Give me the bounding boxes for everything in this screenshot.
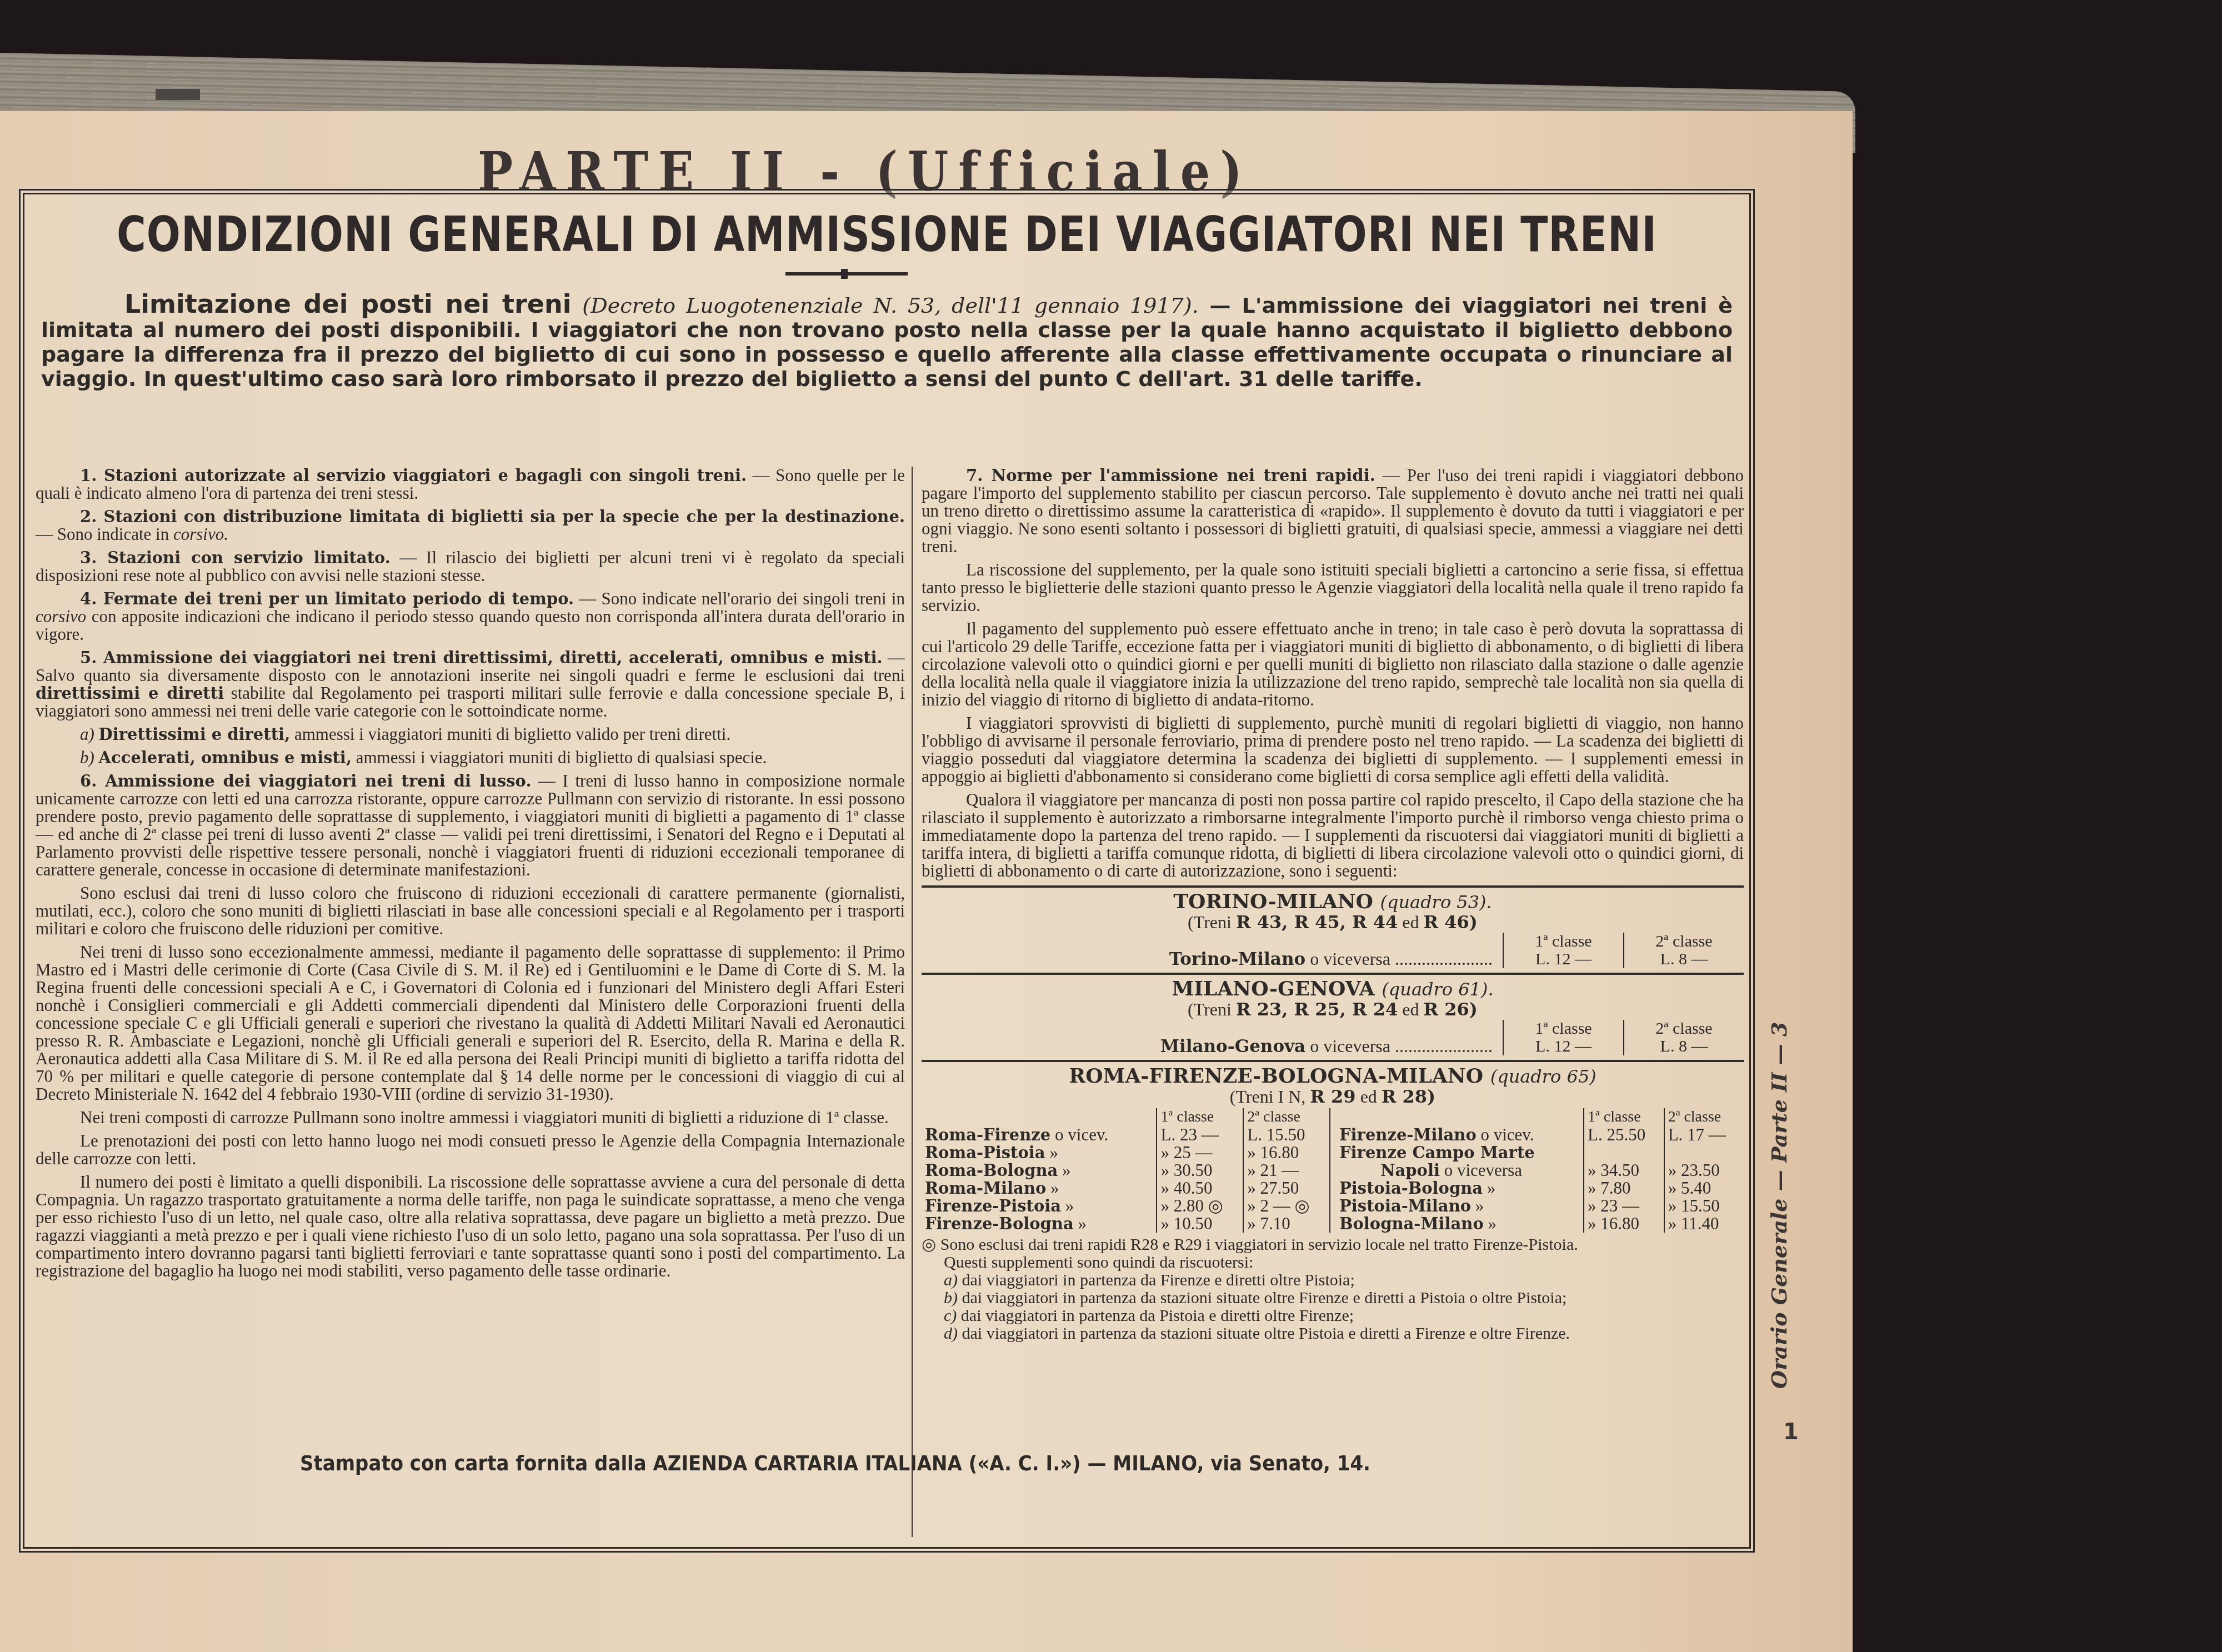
paragraph-esclusi: Sono esclusi dai treni di lusso coloro c… — [36, 884, 905, 938]
route-title: ROMA-FIRENZE-BOLOGNA-MILANO — [1069, 1064, 1483, 1088]
list-label: a) — [944, 1271, 958, 1289]
trains-last: R 28) — [1382, 1086, 1435, 1107]
section-5a: a) Direttissimi e diretti, ammessi i via… — [36, 725, 905, 743]
intro-lead: Limitazione dei posti nei treni — [124, 289, 571, 319]
price-class2: L. 8 — — [1624, 950, 1744, 968]
left-column: 1. Stazioni autorizzate al servizio viag… — [36, 467, 913, 1537]
section-2-text: — Sono indicate in — [36, 524, 169, 544]
price-class2: » 2 — ◎ — [1243, 1197, 1329, 1215]
price-class1: » 16.80 — [1584, 1215, 1664, 1233]
paragraph-riscossione: La riscossione del supplemento, per la q… — [922, 561, 1744, 614]
section-4-italic: corsivo — [36, 607, 86, 626]
fares-right-half: 1ª classe2ª classe Firenze-Milano o vice… — [1329, 1108, 1744, 1233]
fare-row: Torino-Milano o viceversa ..............… — [922, 933, 1744, 968]
list-text: dai viaggiatori in partenza da Pistoia e… — [961, 1306, 1354, 1325]
paragraph-qualora: Qualora il viaggiatore per mancanza di p… — [922, 791, 1744, 880]
section-4-text: — Sono indicate nell'orario dei singoli … — [579, 589, 905, 608]
fare-table-torino-milano: TORINO-MILANO (quadro 53). (Treni R 43, … — [922, 885, 1744, 968]
section-7-title: 7. Norme per l'ammissione nei treni rapi… — [966, 466, 1375, 485]
section-5a-label: a) — [80, 724, 94, 744]
table-row: Roma-Firenze o vicev.L. 23 —L. 15.50 — [922, 1126, 1329, 1144]
section-2-italic: corsivo. — [173, 524, 228, 544]
trains-list: R 43, R 45, R 44 — [1236, 912, 1398, 933]
trains-and: ed — [1360, 1087, 1377, 1107]
paragraph-sprovvisti: I viaggiatori sprovvisti di biglietti di… — [922, 714, 1744, 785]
fare-suffix: o vicev. — [1055, 1125, 1108, 1144]
trains-prefix: (Treni — [1230, 1087, 1274, 1107]
fare-suffix: » — [1050, 1178, 1059, 1198]
section-6-title: 6. Ammissione dei viaggiatori nei treni … — [80, 772, 532, 790]
table-row: Pistoia-Milano »» 23 —» 15.50 — [1336, 1197, 1744, 1215]
title-ornament — [785, 272, 908, 276]
paragraph-pullmann: Nei treni composti di carrozze Pullmann … — [36, 1109, 905, 1127]
price-class2: » 5.40 — [1664, 1179, 1744, 1197]
fare-route: Torino-Milano — [1169, 949, 1306, 969]
signature-number: 1 — [1783, 1419, 1799, 1445]
running-head: Orario Generale — Parte II — 3 — [1766, 1022, 1791, 1389]
section-5b-bold: Accelerati, omnibus e misti, — [99, 748, 352, 767]
table-row: Firenze Campo Marte — [1336, 1144, 1744, 1162]
price-class1: » 25 — — [1157, 1144, 1243, 1162]
trains-prefix: (Treni — [1188, 999, 1232, 1019]
price-class1: » 23 — — [1584, 1197, 1664, 1215]
class2-header: 2ª classe — [1664, 1108, 1744, 1126]
tab-marker — [156, 89, 200, 100]
class1-header: 1ª classe — [1157, 1108, 1243, 1126]
fare-route: Napoli — [1380, 1161, 1440, 1180]
section-4-title: 4. Fermate dei treni per un limitato per… — [80, 589, 574, 608]
fare-route: Milano-Genova — [1160, 1037, 1306, 1057]
fare-table-roma-milano: ROMA-FIRENZE-BOLOGNA-MILANO (quadro 65) … — [922, 1060, 1744, 1343]
section-6: 6. Ammissione dei viaggiatori nei treni … — [36, 772, 905, 879]
paragraph-pagamento: Il pagamento del supplemento può essere … — [922, 620, 1744, 709]
price-class1: » 10.50 — [1157, 1215, 1243, 1233]
fare-route: Pistoia-Bologna — [1339, 1179, 1483, 1198]
section-4-text-b: con apposite indicazioni che indicano il… — [36, 607, 905, 644]
price-class2: L. 15.50 — [1243, 1126, 1329, 1144]
route-quadro: (quadro 61). — [1382, 979, 1493, 1000]
table-row: Roma-Bologna »» 30.50» 21 — — [922, 1162, 1329, 1179]
section-2: 2. Stazioni con distribuzione limitata d… — [36, 508, 905, 543]
paragraph-eccezionalmente: Nei treni di lusso sono eccezionalmente … — [36, 943, 905, 1103]
trains-list: R 23, R 25, R 24 — [1236, 999, 1398, 1020]
fare-route: Firenze-Pistoia — [925, 1197, 1061, 1215]
table-row: Pistoia-Bologna »» 7.80» 5.40 — [1336, 1179, 1744, 1197]
class1-header: 1ª classe — [1584, 1108, 1664, 1126]
price-class1: L. 23 — — [1157, 1126, 1243, 1144]
price-class1: L. 25.50 — [1584, 1126, 1664, 1144]
paragraph-prenotazioni: Le prenotazioni dei posti con letto hann… — [36, 1132, 905, 1168]
table-row: Firenze-Pistoia »» 2.80 ◎» 2 — ◎ — [922, 1197, 1329, 1215]
list-text: dai viaggiatori in partenza da stazioni … — [962, 1324, 1570, 1343]
trains-mid: I N, — [1278, 1087, 1306, 1107]
footnote-symbol-icon: ◎ — [922, 1235, 936, 1254]
fare-route: Firenze-Bologna — [925, 1214, 1074, 1233]
content-frame: CONDIZIONI GENERALI DI AMMISSIONE DEI VI… — [19, 189, 1755, 1553]
list-label: d) — [944, 1324, 958, 1343]
section-5: 5. Ammissione dei viaggiatori nei treni … — [36, 649, 905, 720]
trains-last: R 26) — [1423, 999, 1477, 1020]
route-title: MILANO-GENOVA — [1172, 977, 1374, 1000]
footnote: ◎ Sono esclusi dai treni rapidi R28 e R2… — [922, 1236, 1744, 1343]
section-5-title: 5. Ammissione dei viaggiatori nei treni … — [80, 648, 883, 667]
class2-header: 2ª classe — [1243, 1108, 1329, 1126]
fare-suffix: o vicev. — [1480, 1125, 1534, 1144]
class2-header: 2ª classe — [1624, 933, 1744, 950]
table-row: Bologna-Milano »» 16.80» 11.40 — [1336, 1215, 1744, 1233]
fare-route: Firenze Campo Marte — [1339, 1143, 1535, 1162]
fare-route: Pistoia-Milano — [1339, 1197, 1471, 1215]
fare-route: Roma-Firenze — [925, 1125, 1050, 1144]
trains-last: R 46) — [1423, 912, 1477, 933]
fare-suffix: o viceversa ...................... — [1310, 1036, 1493, 1056]
section-3-title: 3. Stazioni con servizio limitato. — [80, 548, 391, 567]
class1-header: 1ª classe — [1504, 933, 1623, 950]
section-2-title: 2. Stazioni con distribuzione limitata d… — [80, 507, 905, 526]
fare-suffix: » — [1049, 1143, 1058, 1162]
fares-left-half: 1ª classe2ª classe Roma-Firenze o vicev.… — [922, 1108, 1329, 1233]
fare-suffix: o viceversa ...................... — [1310, 949, 1493, 969]
price-class2 — [1664, 1144, 1744, 1162]
fare-suffix: » — [1487, 1178, 1496, 1198]
route-title: TORINO-MILANO — [1173, 890, 1373, 913]
fare-suffix: » — [1065, 1196, 1074, 1215]
table-row: Roma-Pistoia »» 25 —» 16.80 — [922, 1144, 1329, 1162]
right-column: 7. Norme per l'ammissione nei treni rapi… — [922, 467, 1744, 1537]
list-item: c) dai viaggiatori in partenza da Pistoi… — [922, 1307, 1744, 1325]
table-row: Firenze-Bologna »» 10.50» 7.10 — [922, 1215, 1329, 1233]
trains-and: ed — [1402, 999, 1419, 1019]
price-class2: » 7.10 — [1243, 1215, 1329, 1233]
paragraph-numero-posti: Il numero dei posti è limitato a quelli … — [36, 1173, 905, 1280]
intro-decree: (Decreto Luogotenenziale N. 53, dell'11 … — [582, 293, 1198, 318]
document-page: PARTE II - (Ufficiale) CONDIZIONI GENERA… — [0, 111, 1853, 1652]
price-class2: L. 17 — — [1664, 1126, 1744, 1144]
section-1-title: 1. Stazioni autorizzate al servizio viag… — [80, 466, 747, 485]
fare-route: Roma-Pistoia — [925, 1143, 1045, 1162]
fare-route: Roma-Bologna — [925, 1161, 1058, 1180]
price-class2: » 23.50 — [1664, 1162, 1744, 1179]
printer-footer: Stampato con carta fornita dalla AZIENDA… — [300, 1451, 1578, 1476]
route-quadro: (quadro 53). — [1380, 892, 1492, 913]
price-class2: L. 8 — — [1624, 1038, 1744, 1055]
fare-suffix: » — [1062, 1160, 1071, 1180]
fare-route: Bologna-Milano — [1339, 1214, 1484, 1233]
fare-suffix: » — [1475, 1196, 1484, 1215]
price-class1: » 40.50 — [1157, 1179, 1243, 1197]
table-row: Roma-Milano »» 40.50» 27.50 — [922, 1179, 1329, 1197]
class1-header: 1ª classe — [1504, 1020, 1623, 1038]
route-quadro: (quadro 65) — [1490, 1066, 1597, 1087]
fare-table-milano-genova: MILANO-GENOVA (quadro 61). (Treni R 23, … — [922, 973, 1744, 1055]
section-3: 3. Stazioni con servizio limitato. — Il … — [36, 549, 905, 584]
price-class2: » 21 — — [1243, 1162, 1329, 1179]
price-class1 — [1584, 1144, 1664, 1162]
fare-row: Milano-Genova o viceversa ..............… — [922, 1020, 1744, 1055]
list-item: d) dai viaggiatori in partenza da stazio… — [922, 1325, 1744, 1343]
table-row: Firenze-Milano o vicev.L. 25.50L. 17 — — [1336, 1126, 1744, 1144]
section-5b-text: ammessi i viaggiatori muniti di bigliett… — [356, 748, 767, 767]
section-5a-text: ammessi i viaggiatori muniti di bigliett… — [294, 724, 730, 744]
trains-and: ed — [1402, 912, 1419, 932]
class2-header: 2ª classe — [1624, 1020, 1744, 1038]
section-5a-bold: Direttissimi e diretti, — [99, 725, 291, 744]
price-class1: L. 12 — — [1504, 1038, 1623, 1055]
list-label: c) — [944, 1306, 957, 1325]
price-class1: L. 12 — — [1504, 950, 1623, 968]
table-row: Napoli o viceversa» 34.50» 23.50 — [1336, 1162, 1744, 1179]
list-item: a) dai viaggiatori in partenza da Firenz… — [922, 1271, 1744, 1289]
price-class2: » 11.40 — [1664, 1215, 1744, 1233]
footnote-text: Sono esclusi dai treni rapidi R28 e R29 … — [940, 1235, 1578, 1254]
price-class1: » 2.80 ◎ — [1157, 1197, 1243, 1215]
main-title: CONDIZIONI GENERALI DI AMMISSIONE DEI VI… — [24, 207, 1749, 263]
section-5-bold: direttissimi e diretti — [36, 684, 224, 703]
section-7: 7. Norme per l'ammissione nei treni rapi… — [922, 467, 1744, 555]
fare-route: Roma-Milano — [925, 1179, 1046, 1198]
section-5b: b) Accelerati, omnibus e misti, ammessi … — [36, 749, 905, 767]
section-4: 4. Fermate dei treni per un limitato per… — [36, 590, 905, 643]
fare-suffix: » — [1078, 1214, 1087, 1233]
list-text: dai viaggiatori in partenza da Firenze e… — [962, 1271, 1355, 1289]
fare-suffix: o viceversa — [1444, 1160, 1522, 1180]
fare-route: Firenze-Milano — [1339, 1125, 1477, 1144]
fare-suffix: » — [1488, 1214, 1497, 1233]
price-class2: » 27.50 — [1243, 1179, 1329, 1197]
section-5b-label: b) — [80, 748, 94, 767]
list-item: b) dai viaggiatori in partenza da stazio… — [922, 1289, 1744, 1307]
price-class2: » 15.50 — [1664, 1197, 1744, 1215]
price-class1: » 7.80 — [1584, 1179, 1664, 1197]
list-text: dai viaggiatori in partenza da stazioni … — [962, 1289, 1567, 1307]
list-label: b) — [944, 1289, 958, 1307]
price-class2: » 16.80 — [1243, 1144, 1329, 1162]
price-class1: » 34.50 — [1584, 1162, 1664, 1179]
section-1: 1. Stazioni autorizzate al servizio viag… — [36, 467, 905, 502]
intro-paragraph: Limitazione dei posti nei treni (Decreto… — [41, 292, 1733, 391]
trains-list: R 29 — [1310, 1086, 1355, 1107]
trains-prefix: (Treni — [1188, 912, 1232, 932]
list-intro: Questi supplementi sono quindi da riscuo… — [922, 1254, 1744, 1271]
price-class1: » 30.50 — [1157, 1162, 1243, 1179]
